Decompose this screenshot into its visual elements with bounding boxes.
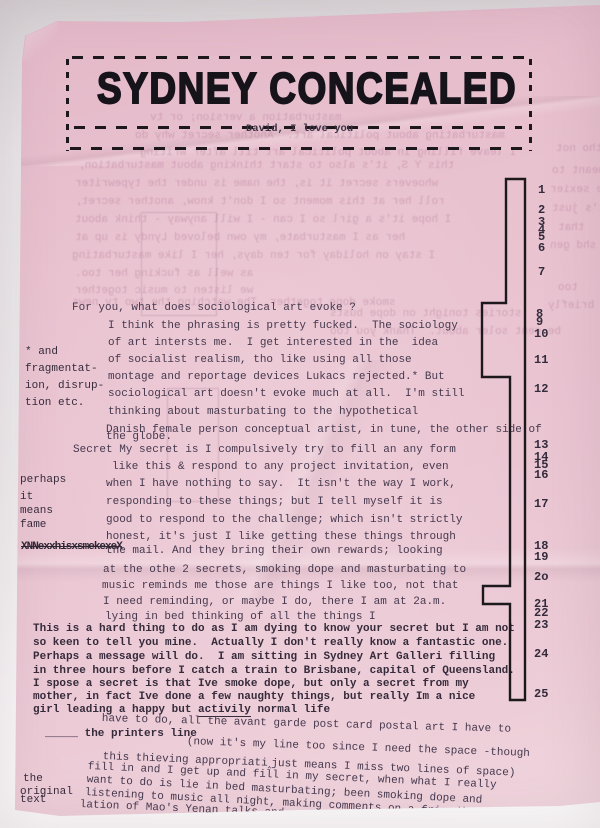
typed-line: in three hours before I catch a train to… bbox=[33, 665, 515, 678]
typed-line: I think the phrasing is pretty fucked. T… bbox=[108, 320, 458, 333]
typed-line: the globe. bbox=[106, 431, 172, 444]
typed-line: _____ the printers line bbox=[45, 728, 197, 741]
typed-line: For you, what does sociological art evok… bbox=[72, 302, 356, 315]
ghost-line: roll her at this moment so I don't know,… bbox=[75, 196, 445, 209]
line-number: 12 bbox=[534, 383, 548, 395]
ghost-line: tho not bbox=[556, 143, 600, 156]
dashed-border-top bbox=[72, 56, 524, 59]
line-number: 24 bbox=[534, 648, 548, 660]
ghost-line: I hope it's a girl so I can - I will any… bbox=[75, 214, 451, 227]
margin-note: tion etc. bbox=[25, 397, 84, 410]
typed-line: responding to these things; but I tell m… bbox=[106, 496, 443, 509]
dashed-border-left bbox=[66, 59, 69, 151]
line-number: 7 bbox=[538, 266, 545, 278]
line-number: 23 bbox=[534, 619, 548, 631]
typed-line: Perhaps a message will do. I am sitting … bbox=[33, 651, 495, 664]
margin-note: perhaps bbox=[20, 474, 66, 487]
typed-line: good to respond to the challenge; which … bbox=[106, 514, 462, 527]
line-number: 1 bbox=[538, 184, 545, 196]
typed-line: sociological art doesn't evoke much at a… bbox=[108, 388, 464, 401]
line-number: 17 bbox=[534, 498, 548, 510]
typed-line: This is a hard thing to do as I am dying… bbox=[33, 623, 515, 636]
ghost-line: too bbox=[558, 282, 578, 295]
margin-note: fame bbox=[20, 519, 46, 532]
pink-paper-page: masturbation a version; or tvmasturbatin… bbox=[0, 0, 600, 828]
ghost-line: this Y S, it's also to start thinking ab… bbox=[78, 160, 454, 173]
typed-line: thinking about masturbating to the hypot… bbox=[108, 406, 418, 419]
margin-note: it bbox=[20, 491, 33, 504]
line-number: 6 bbox=[538, 242, 545, 254]
ghost-line: briefly bbox=[548, 300, 594, 313]
typed-line: music reminds me those are things I like… bbox=[102, 580, 458, 593]
typed-line: of art intersts me. I get interested in … bbox=[108, 337, 438, 350]
typed-line: the mail. And they bring their own rewar… bbox=[106, 545, 443, 558]
line-number: 19 bbox=[534, 551, 548, 563]
typed-line: when I have nothing to say. It isn't the… bbox=[106, 478, 456, 491]
folded-corner bbox=[23, 21, 63, 61]
margin-note: ion, disrup- bbox=[25, 380, 104, 393]
typed-line: like this & respond to any project invit… bbox=[112, 461, 449, 474]
ghost-line: it's just bbox=[552, 203, 600, 216]
typed-line: of socialist realism, tho like using all… bbox=[108, 354, 412, 367]
ghost-line: her as I masturbate, my own beloved Lynd… bbox=[75, 232, 405, 245]
ghost-line: meant to bbox=[552, 165, 600, 178]
ghost-line: I stay on holiday for ten days, her I li… bbox=[72, 250, 435, 263]
typed-line: honest, it's just I like getting these t… bbox=[106, 531, 456, 544]
margin-note: * and bbox=[25, 346, 58, 359]
ghost-line: shd gen bbox=[550, 240, 596, 253]
margin-note: XNNexxhisxsmekexeX bbox=[21, 541, 122, 554]
typed-line: so keen to tell you mine. Actually I don… bbox=[33, 637, 508, 650]
line-number: 11 bbox=[534, 354, 548, 366]
typed-line: mother, in fact Ive done a few naughty t… bbox=[33, 691, 475, 704]
ghost-line: that bbox=[558, 222, 584, 235]
typed-line: at the othe 2 secrets, smoking dope and … bbox=[103, 564, 466, 577]
line-number: 2o bbox=[534, 571, 548, 583]
ghost-line: be sexier bbox=[550, 184, 600, 197]
dashed-border-right bbox=[529, 59, 532, 151]
bleedthrough-box bbox=[141, 212, 217, 316]
line-number: 25 bbox=[534, 688, 548, 700]
line-number: 10 bbox=[534, 328, 548, 340]
dedication-text: David, I love you bbox=[246, 123, 353, 135]
margin-note: means bbox=[20, 505, 53, 518]
typed-line: montage and reportage devices Lukacs rej… bbox=[108, 371, 445, 384]
dashed-border-bottom bbox=[70, 147, 524, 150]
scanner-background: masturbation a version; or tvmasturbatin… bbox=[0, 0, 600, 828]
ghost-line: whoevers secret it is, the name is under… bbox=[75, 178, 438, 191]
typed-line: Secret My secret is I compulsively try t… bbox=[73, 444, 456, 457]
margin-note: the bbox=[23, 773, 43, 786]
margin-note: text bbox=[20, 794, 46, 807]
folded-corner-crease bbox=[19, 6, 60, 27]
margin-note: fragmentat- bbox=[25, 363, 98, 376]
printers-line-path bbox=[482, 179, 525, 700]
line-number: 16 bbox=[534, 469, 548, 481]
typed-line: I need reminding, or maybe I do, there I… bbox=[103, 596, 446, 609]
typed-line: I spose a secret is that Ive smoke dope,… bbox=[33, 678, 469, 691]
page-title: SYDNEY CONCEALED bbox=[97, 64, 517, 114]
